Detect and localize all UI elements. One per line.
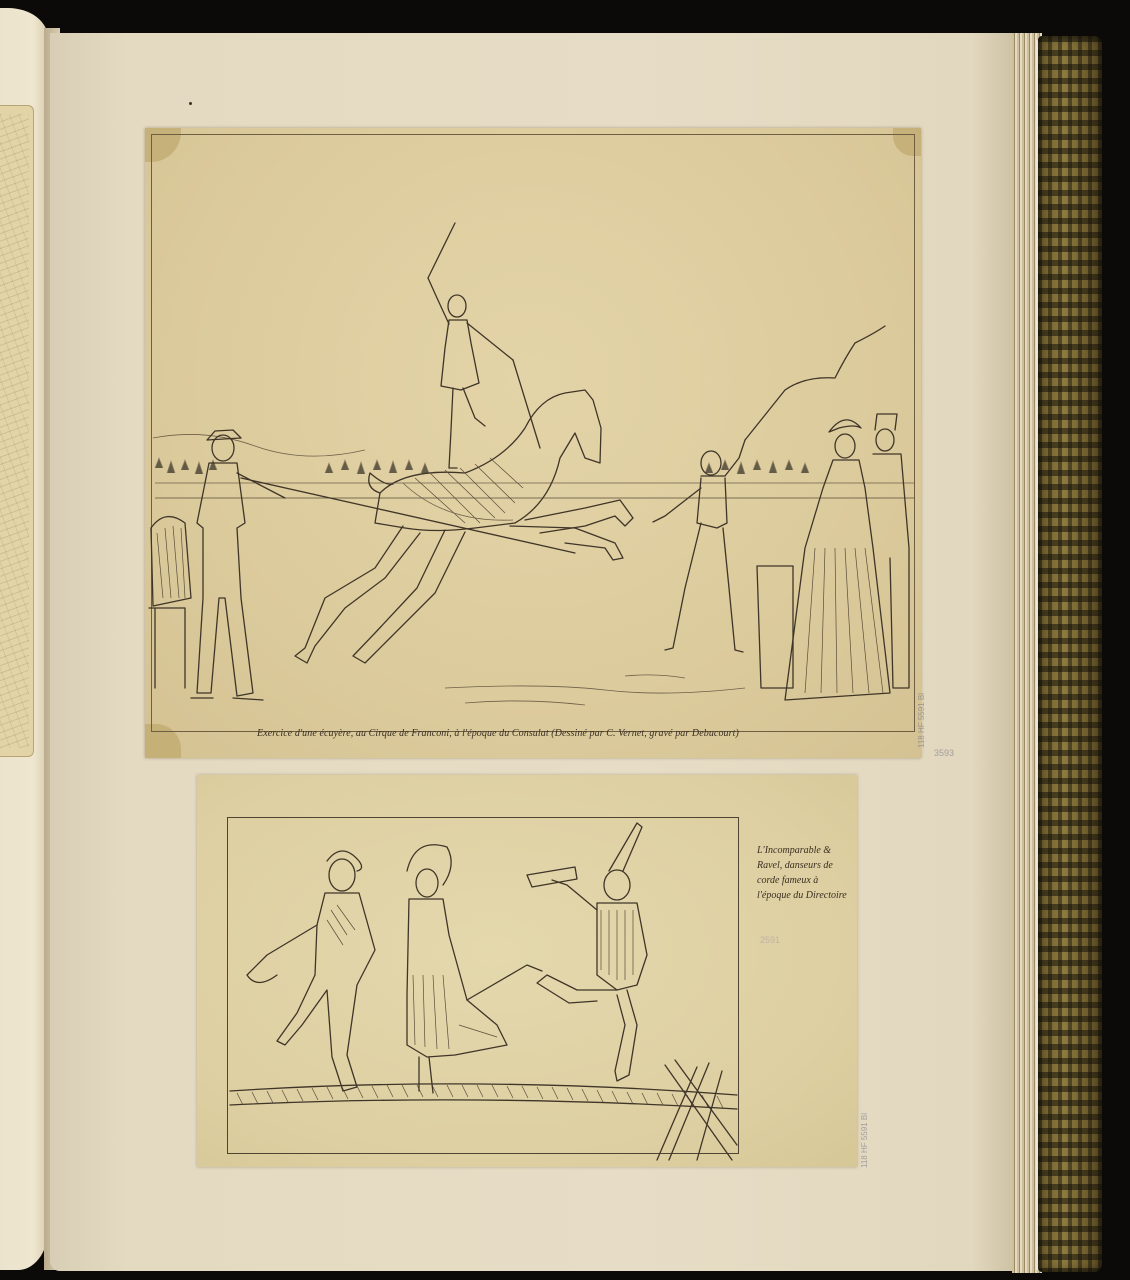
inventory-number-1: 118 HF 5591 Bl [917, 693, 926, 748]
saddle-cloth-fringe [403, 483, 513, 520]
rearing-horse [295, 390, 633, 663]
equestrienne-illustration [145, 128, 921, 758]
tightrope-illustration [197, 775, 857, 1167]
drawing-sheet-tightrope: L'Incomparable & Ravel, danseurs de cord… [197, 775, 857, 1167]
drawing-1-caption: Exercice d'une écuyère, au Cirque de Fra… [257, 728, 739, 739]
gilt-book-cover [1038, 36, 1102, 1272]
drawing-sheet-equestrienne: Exercice d'une écuyère, au Cirque de Fra… [145, 128, 921, 758]
pointed-cap [609, 823, 642, 871]
long-whip [745, 326, 885, 440]
harlequin-performer [527, 823, 647, 1081]
draped-stool [149, 517, 191, 688]
plumed-bonnet [407, 845, 451, 885]
inventory-number-2: 118 HF 5591 Bl [860, 1113, 869, 1168]
reins [513, 360, 540, 448]
crowd-sketch [0, 114, 29, 748]
pencil-note-1: 3593 [934, 748, 954, 758]
riding-whip [428, 223, 455, 278]
pencil-note-2: 2591 [760, 935, 780, 945]
lunge-line [241, 478, 575, 553]
whip-groom [653, 326, 885, 652]
spectator-couple [785, 414, 909, 700]
lunge-man [191, 430, 285, 700]
ring-pedestal [757, 566, 793, 688]
ink-speck [189, 102, 192, 105]
tightrope [230, 1084, 737, 1109]
male-dancer [247, 851, 375, 1091]
rope-trestle [657, 1060, 737, 1160]
plate-of-items [527, 867, 577, 887]
left-page-drawing [0, 105, 34, 757]
female-dancer [407, 845, 542, 1093]
drawing-2-annotation: L'Incomparable & Ravel, danseurs de cord… [757, 843, 852, 903]
